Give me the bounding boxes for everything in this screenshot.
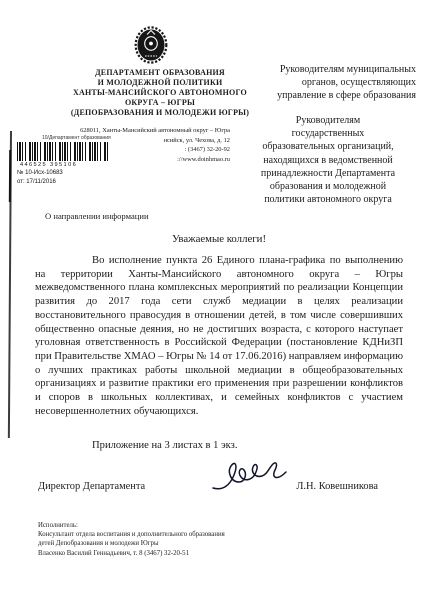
signer-name: Л.Н. Ковешникова	[296, 481, 378, 492]
letterhead-organization: ДЕПАРТАМЕНТ ОБРАЗОВАНИЯ И МОЛОДЕЖНОЙ ПОЛ…	[58, 68, 262, 118]
greeting: Уважаемые коллеги!	[35, 233, 403, 245]
executor-line: детей Депобразования и молодежи Югры	[38, 539, 318, 548]
addressee-line: принадлежности Департамента	[240, 167, 416, 180]
barcode-digits: 446525 395106	[20, 162, 77, 168]
addressee-line: управление в сфере образования	[240, 89, 416, 102]
registration-stamp: 10/Департамент образования 446525 395106…	[14, 135, 116, 193]
attachment-note: Приложение на 3 листах в 1 экз.	[35, 440, 403, 451]
subject-line: О направлении информации	[45, 211, 149, 221]
addressee-municipal: Руководителям муниципальных органов, осу…	[240, 63, 416, 103]
signer-position: Директор Департамента	[38, 481, 145, 492]
org-line: И МОЛОДЕЖНОЙ ПОЛИТИКИ	[58, 78, 262, 88]
executor-line: Консультант отдела воспитания и дополнит…	[38, 530, 318, 539]
org-line: ХАНТЫ-МАНСИЙСКОГО АВТОНОМНОГО	[58, 88, 262, 98]
stamp-label: 10/Департамент образования	[42, 135, 111, 141]
registration-number: № 10-Исх-10683	[17, 170, 63, 176]
org-line: ОКРУГА – ЮГРЫ	[58, 98, 262, 108]
executor-block: Исполнитель: Консультант отдела воспитан…	[38, 521, 318, 558]
handwritten-signature	[208, 455, 294, 497]
letter-body: Во исполнение пункта 26 Единого плана-гр…	[35, 254, 403, 418]
coat-of-arms-icon	[134, 25, 168, 65]
addressee-line: Руководителям	[240, 114, 416, 127]
executor-line: Власенко Василий Геннадьевич, т. 8 (3467…	[38, 549, 318, 558]
addressee-line: образовательных организаций,	[240, 140, 416, 153]
letter-page: ДЕПАРТАМЕНТ ОБРАЗОВАНИЯ И МОЛОДЕЖНОЙ ПОЛ…	[0, 0, 432, 599]
addressee-line: политики автономного округа	[240, 193, 416, 206]
addressee-line: государственных	[240, 127, 416, 140]
addressee-line: органов, осуществляющих	[240, 76, 416, 89]
org-line: ДЕПАРТАМЕНТ ОБРАЗОВАНИЯ	[58, 68, 262, 78]
addressee-line: Руководителям муниципальных	[240, 63, 416, 76]
scan-artifact-mark	[9, 150, 12, 202]
barcode-icon	[17, 142, 109, 161]
addressee-line: находящихся в ведомственной	[240, 154, 416, 167]
addressee-line: образования и молодежной	[240, 180, 416, 193]
executor-label: Исполнитель:	[38, 521, 318, 530]
addressee-state-organizations: Руководителям государственных образовате…	[240, 114, 416, 206]
org-line: (ДЕПОБРАЗОВАНИЯ И МОЛОДЕЖИ ЮГРЫ)	[58, 108, 262, 118]
registration-date: от: 17/11/2016	[17, 179, 56, 185]
